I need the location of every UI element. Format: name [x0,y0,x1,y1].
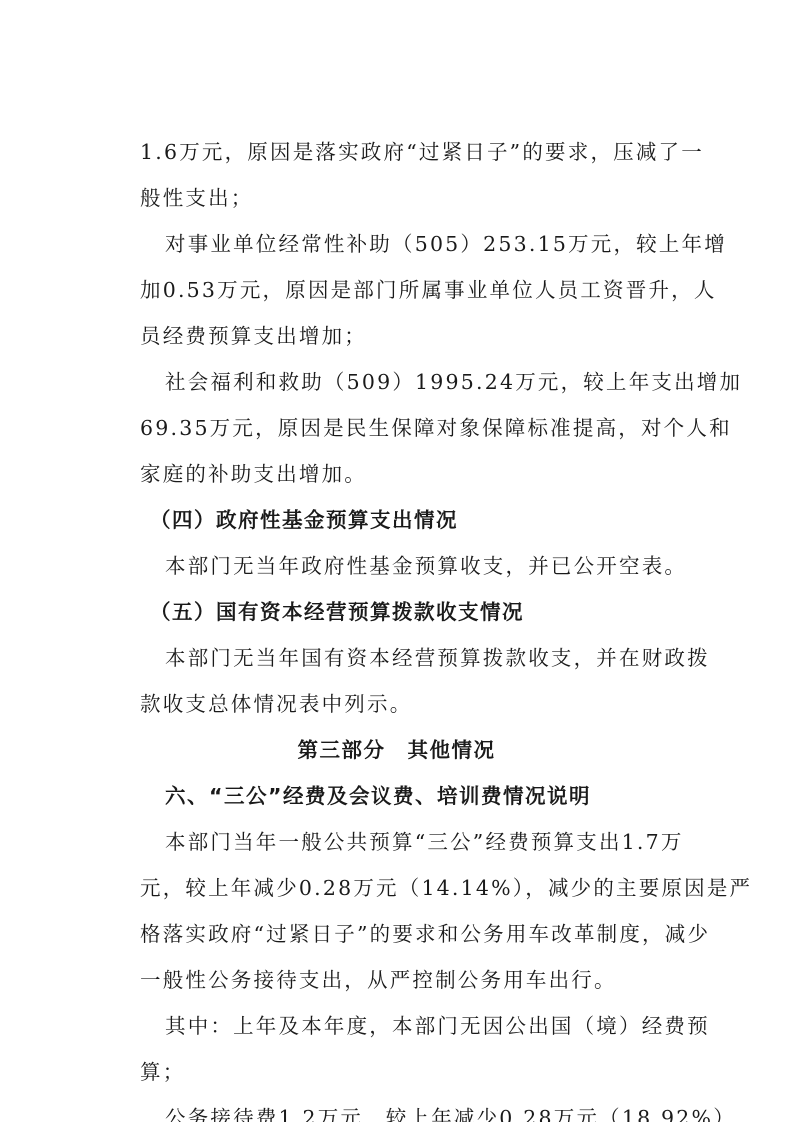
paragraph-line: 般性支出； [140,186,680,210]
document-page: 1.6万元，原因是落实政府“过紧日子”的要求，压减了一 般性支出； 对事业单位经… [0,0,793,1122]
paragraph-line: 员经费预算支出增加； [140,324,680,348]
paragraph-line: 元，较上年减少0.28万元（14.14%），减少的主要原因是严 [140,876,680,900]
paragraph-line: 本部门无当年国有资本经营预算拨款收支，并在财政拨 [165,646,705,670]
section-heading-4: （四）政府性基金预算支出情况 [150,508,690,532]
paragraph-line: 一般性公务接待支出，从严控制公务用车出行。 [140,968,680,992]
paragraph-line: 加0.53万元，原因是部门所属事业单位人员工资晋升，人 [140,278,680,302]
paragraph-line: 本部门当年一般公共预算“三公”经费预算支出1.7万 [165,830,705,854]
paragraph-line: 公务接待费1.2万元，较上年减少0.28万元（18.92%）， [165,1106,705,1122]
paragraph-line: 社会福利和救助（509）1995.24万元，较上年支出增加 [165,370,705,394]
section-heading-6: 六、“三公”经费及会议费、培训费情况说明 [165,784,705,808]
paragraph-line: 其中：上年及本年度，本部门无因公出国（境）经费预 [165,1014,705,1038]
paragraph-line: 家庭的补助支出增加。 [140,462,680,486]
paragraph-line: 对事业单位经常性补助（505）253.15万元，较上年增 [165,232,705,256]
paragraph-line: 本部门无当年政府性基金预算收支，并已公开空表。 [165,554,705,578]
part-title: 第三部分 其他情况 [0,738,793,762]
section-heading-5: （五）国有资本经营预算拨款收支情况 [150,600,690,624]
paragraph-line: 格落实政府“过紧日子”的要求和公务用车改革制度，减少 [140,922,680,946]
paragraph-line: 算； [140,1060,680,1084]
paragraph-line: 款收支总体情况表中列示。 [140,692,680,716]
paragraph-line: 69.35万元，原因是民生保障对象保障标准提高，对个人和 [140,416,680,440]
paragraph-line: 1.6万元，原因是落实政府“过紧日子”的要求，压减了一 [140,140,680,164]
